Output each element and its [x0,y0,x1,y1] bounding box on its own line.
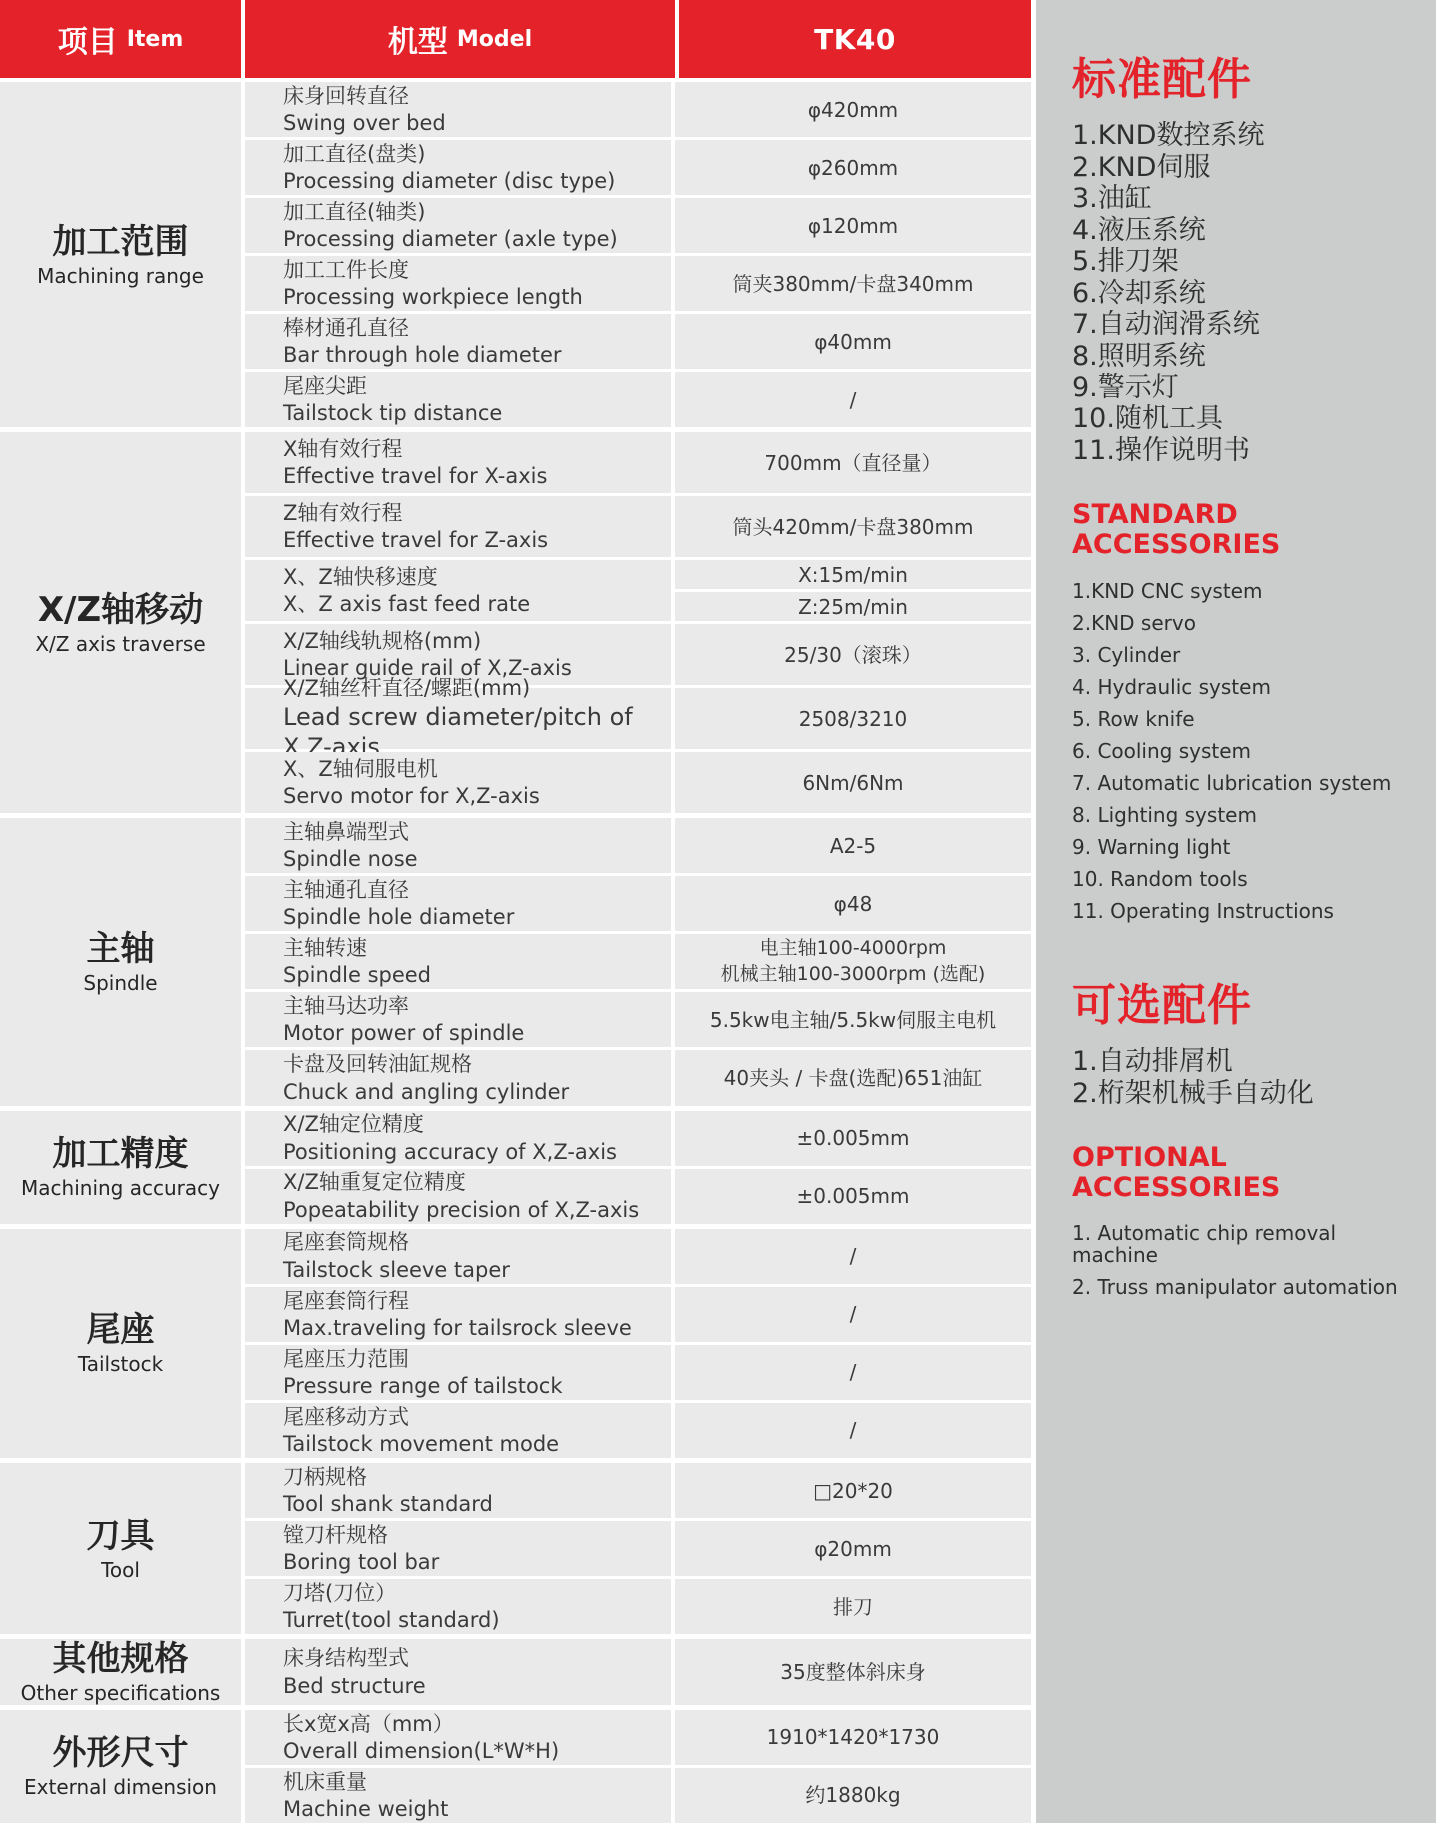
spec-value: □20*20 [675,1463,1031,1518]
category-en: Machining accuracy [21,1177,220,1199]
spec-value: φ260mm [675,140,1031,195]
spec-name-zh: 床身回转直径 [283,83,671,110]
spec-value: 2508/3210 [675,688,1031,749]
category-zh: 刀具 [87,1517,155,1556]
spec-name-zh: 刀塔(刀位） [283,1580,671,1607]
std-accessory-zh-item: 8.照明系统 [1072,341,1416,372]
table-row: 刀柄规格Tool shank standard □20*20 [245,1463,1031,1518]
header-model-zh: 机型 [388,17,448,61]
spec-value: 35度整体斜床身 [675,1639,1031,1705]
spec-value: / [675,1229,1031,1284]
spec-name-zh: 加工直径(轴类) [283,199,671,226]
table-row: X/Z轴重复定位精度Popeatability precision of X,Z… [245,1169,1031,1224]
spec-name-en: Spindle speed [283,962,671,988]
spec-value: 40夹头 / 卡盘(选配)651油缸 [675,1050,1031,1105]
table-row: 长x宽x高（mm）Overall dimension(L*W*H) 1910*1… [245,1710,1031,1765]
spec-value: ±0.005mm [675,1111,1031,1166]
std-accessory-zh-item: 3.油缸 [1072,183,1416,214]
std-accessory-en-item: 7. Automatic lubrication system [1072,772,1416,794]
spec-name-zh: X、Z轴快移速度 [283,564,671,591]
opt-accessory-en-item: 2. Truss manipulator automation [1072,1276,1416,1298]
std-accessory-en-item: 6. Cooling system [1072,740,1416,762]
table-row: 主轴通孔直径Spindle hole diameter φ48 [245,876,1031,931]
table-row: X轴有效行程Effective travel for X-axis 700mm（… [245,432,1031,493]
std-accessory-zh-item: 7.自动润滑系统 [1072,309,1416,340]
table-row: X/Z轴定位精度Positioning accuracy of X,Z-axis… [245,1111,1031,1166]
table-row: 尾座套筒规格Tailstock sleeve taper / [245,1229,1031,1284]
spec-value: / [675,1403,1031,1458]
spec-value-z: Z:25m/min [675,589,1031,621]
std-accessory-zh-item: 5.排刀架 [1072,246,1416,277]
spec-name-zh: 棒材通孔直径 [283,315,671,342]
section-machining-range: 加工范围 Machining range 床身回转直径Swing over be… [0,82,1031,427]
table-row: 床身回转直径Swing over bed φ420mm [245,82,1031,137]
table-row: 主轴转速Spindle speed 电主轴100-4000rpm 机械主轴100… [245,934,1031,989]
category-en: Spindle [83,972,157,994]
category-zh: 其他规格 [53,1640,189,1679]
std-accessory-en-item: 2.KND servo [1072,612,1416,634]
spec-name-en: Tailstock sleeve taper [283,1257,671,1283]
table-row: X/Z轴丝杆直径/螺距(mm)Lead screw diameter/pitch… [245,688,1031,749]
table-body: 加工范围 Machining range 床身回转直径Swing over be… [0,82,1031,1823]
spec-name-zh: X/Z轴线轨规格(mm) [283,628,671,655]
accessories-sidebar: 标准配件 1.KND数控系统 2.KND伺服 3.油缸 4.液压系统 5.排刀架… [1036,0,1436,1823]
category-en: Tool [101,1559,140,1581]
header-item-zh: 项目 [58,17,118,61]
header-item-cell: 项目 Item [0,0,241,78]
table-row: X、Z轴快移速度X、Z axis fast feed rate X:15m/mi… [245,560,1031,621]
spec-name-en: Boring tool bar [283,1549,671,1575]
table-row: 尾座压力范围Pressure range of tailstock / [245,1345,1031,1400]
opt-accessory-zh-item: 2.桁架机械手自动化 [1072,1078,1416,1109]
spec-value: φ40mm [675,314,1031,369]
spec-table: 项目 Item 机型 Model TK40 加工范围 Machining ran… [0,0,1031,1823]
std-accessory-zh-item: 2.KND伺服 [1072,152,1416,183]
category-cell: 外形尺寸 External dimension [0,1710,241,1823]
std-accessory-en-item: 4. Hydraulic system [1072,676,1416,698]
spec-value-line2: 机械主轴100-3000rpm (选配) [721,962,986,988]
spec-value: 25/30（滚珠） [675,624,1031,685]
spec-name-zh: 加工工件长度 [283,257,671,284]
spec-value-split: X:15m/min Z:25m/min [675,560,1031,621]
spec-name-zh: 机床重量 [283,1769,671,1796]
table-row: 镗刀杆规格Boring tool bar φ20mm [245,1521,1031,1576]
std-accessory-zh-item: 11.操作说明书 [1072,435,1416,466]
spec-name-en: X、Z axis fast feed rate [283,591,671,617]
spec-value: 筒头420mm/卡盘380mm [675,496,1031,557]
spec-name-en: Pressure range of tailstock [283,1373,671,1399]
spec-value: φ20mm [675,1521,1031,1576]
spec-name-zh: 长x宽x高（mm） [283,1711,671,1738]
category-cell: 加工范围 Machining range [0,82,241,427]
spec-name-zh: 主轴马达功率 [283,993,671,1020]
spec-name-en: Effective travel for Z-axis [283,527,671,553]
spec-name-en: Processing workpiece length [283,284,671,310]
category-en: External dimension [24,1776,217,1798]
spec-name-zh: 加工直径(盘类) [283,141,671,168]
spec-name-zh: 镗刀杆规格 [283,1522,671,1549]
spec-name-en: Servo motor for X,Z-axis [283,783,671,809]
spec-sheet-page: 项目 Item 机型 Model TK40 加工范围 Machining ran… [0,0,1436,1823]
section-tailstock: 尾座 Tailstock 尾座套筒规格Tailstock sleeve tape… [0,1229,1031,1458]
header-model-en: Model [457,27,532,52]
section-xz-traverse: X/Z轴移动 X/Z axis traverse X轴有效行程Effective… [0,432,1031,813]
spec-value: / [675,1287,1031,1342]
spec-value-two-line: 电主轴100-4000rpm 机械主轴100-3000rpm (选配) [675,934,1031,989]
spec-value: ±0.005mm [675,1169,1031,1224]
std-accessory-en-item: 8. Lighting system [1072,804,1416,826]
spec-name-zh: 主轴通孔直径 [283,877,671,904]
table-row: 床身结构型式Bed structure 35度整体斜床身 [245,1639,1031,1705]
spec-value: φ420mm [675,82,1031,137]
spec-name-en: Bed structure [283,1673,671,1699]
optional-accessories-title-en: OPTIONAL ACCESSORIES [1072,1143,1352,1202]
spec-name-zh: 主轴鼻端型式 [283,819,671,846]
spec-value-line1: 电主轴100-4000rpm [760,936,947,962]
category-zh: 加工精度 [53,1135,189,1174]
table-row: 机床重量Machine weight 约1880kg [245,1768,1031,1823]
spec-value: 筒夹380mm/卡盘340mm [675,256,1031,311]
table-row: 尾座套筒行程Max.traveling for tailsrock sleeve… [245,1287,1031,1342]
std-accessory-zh-item: 6.冷却系统 [1072,278,1416,309]
spec-name-en: Tailstock tip distance [283,400,671,426]
table-row: 加工工件长度Processing workpiece length 筒夹380m… [245,256,1031,311]
optional-accessories-list-en: 1. Automatic chip removal machine 2. Tru… [1072,1222,1416,1298]
spec-name-en: Motor power of spindle [283,1020,671,1046]
spec-name-en: Popeatability precision of X,Z-axis [283,1197,671,1223]
header-item-en: Item [127,27,184,52]
spec-name-zh: Z轴有效行程 [283,500,671,527]
spec-name-zh: 主轴转速 [283,935,671,962]
spec-value: φ48 [675,876,1031,931]
table-row: 主轴马达功率Motor power of spindle 5.5kw电主轴/5.… [245,992,1031,1047]
category-en: X/Z axis traverse [35,633,205,655]
std-accessory-en-item: 10. Random tools [1072,868,1416,890]
category-cell: 其他规格 Other specifications [0,1639,241,1705]
spec-value: φ120mm [675,198,1031,253]
category-cell: 刀具 Tool [0,1463,241,1634]
spec-value: / [675,372,1031,427]
category-cell: 主轴 Spindle [0,818,241,1105]
spec-value: 1910*1420*1730 [675,1710,1031,1765]
spec-value: / [675,1345,1031,1400]
spec-name-zh: X、Z轴伺服电机 [283,756,671,783]
section-machining-accuracy: 加工精度 Machining accuracy X/Z轴定位精度Position… [0,1111,1031,1224]
std-accessory-en-item: 1.KND CNC system [1072,580,1416,602]
std-accessory-en-item: 9. Warning light [1072,836,1416,858]
spec-value: 700mm（直径量） [675,432,1031,493]
spec-name-zh: 尾座套筒行程 [283,1288,671,1315]
spec-name-zh: X/Z轴定位精度 [283,1111,671,1138]
category-zh: 加工范围 [53,223,189,262]
spec-name-zh: 卡盘及回转油缸规格 [283,1051,671,1078]
model-name: TK40 [814,23,896,56]
category-en: Machining range [37,265,204,287]
spec-name-en: Processing diameter (axle type) [283,226,671,252]
spec-name-zh: X/Z轴重复定位精度 [283,1169,671,1196]
spec-name-en: Spindle nose [283,846,671,872]
spec-name-en: Machine weight [283,1796,671,1822]
spec-value: 6Nm/6Nm [675,752,1031,813]
category-zh: X/Z轴移动 [38,591,203,630]
std-accessory-en-item: 11. Operating Instructions [1072,900,1416,922]
table-row: 棒材通孔直径Bar through hole diameter φ40mm [245,314,1031,369]
spec-name-en: Positioning accuracy of X,Z-axis [283,1139,671,1165]
category-zh: 尾座 [87,1311,155,1350]
spec-name-en: Effective travel for X-axis [283,463,671,489]
standard-accessories-list-en: 1.KND CNC system 2.KND servo 3. Cylinder… [1072,580,1416,922]
table-row: 尾座尖距Tailstock tip distance / [245,372,1031,427]
category-en: Other specifications [21,1682,221,1704]
category-cell: X/Z轴移动 X/Z axis traverse [0,432,241,813]
std-accessory-en-item: 3. Cylinder [1072,644,1416,666]
header-model-value-cell: TK40 [679,0,1031,78]
section-tool: 刀具 Tool 刀柄规格Tool shank standard □20*20 镗… [0,1463,1031,1634]
std-accessory-zh-item: 4.液压系统 [1072,215,1416,246]
std-accessory-en-item: 5. Row knife [1072,708,1416,730]
spec-name-en: Overall dimension(L*W*H) [283,1738,671,1764]
section-external-dimension: 外形尺寸 External dimension 长x宽x高（mm）Overall… [0,1710,1031,1823]
standard-accessories-title-en: STANDARD ACCESSORIES [1072,500,1352,559]
spec-name-zh: 尾座移动方式 [283,1404,671,1431]
std-accessory-zh-item: 9.警示灯 [1072,372,1416,403]
table-row: 卡盘及回转油缸规格Chuck and angling cylinder 40夹头… [245,1050,1031,1105]
optional-accessories-list-zh: 1.自动排屑机 2.桁架机械手自动化 [1072,1046,1416,1109]
category-en: Tailstock [78,1353,163,1375]
spec-value-x: X:15m/min [675,560,1031,589]
std-accessory-zh-item: 1.KND数控系统 [1072,120,1416,151]
standard-accessories-title-zh: 标准配件 [1072,56,1416,104]
table-row: X、Z轴伺服电机Servo motor for X,Z-axis 6Nm/6Nm [245,752,1031,813]
section-spindle: 主轴 Spindle 主轴鼻端型式Spindle nose A2-5 主轴通孔直… [0,818,1031,1105]
spec-name-en: Bar through hole diameter [283,342,671,368]
header-model-cell: 机型 Model [245,0,675,78]
spec-value: A2-5 [675,818,1031,873]
spec-name-zh: 床身结构型式 [283,1645,671,1672]
spec-name-zh: X轴有效行程 [283,436,671,463]
spec-name-zh: 尾座套筒规格 [283,1229,671,1256]
category-zh: 外形尺寸 [53,1734,189,1773]
table-row: 加工直径(轴类)Processing diameter (axle type) … [245,198,1031,253]
table-row: 尾座移动方式Tailstock movement mode / [245,1403,1031,1458]
spec-value: 约1880kg [675,1768,1031,1823]
spec-name-en: Tailstock movement mode [283,1431,671,1457]
category-cell: 尾座 Tailstock [0,1229,241,1458]
opt-accessory-zh-item: 1.自动排屑机 [1072,1046,1416,1077]
table-row: 加工直径(盘类)Processing diameter (disc type) … [245,140,1031,195]
category-zh: 主轴 [87,930,155,969]
spec-name-zh: 尾座压力范围 [283,1346,671,1373]
spec-name-en: Swing over bed [283,110,671,136]
standard-accessories-list-zh: 1.KND数控系统 2.KND伺服 3.油缸 4.液压系统 5.排刀架 6.冷却… [1072,120,1416,466]
spec-name-en: Spindle hole diameter [283,904,671,930]
section-other-specifications: 其他规格 Other specifications 床身结构型式Bed stru… [0,1639,1031,1705]
spec-name-en: Chuck and angling cylinder [283,1079,671,1105]
spec-name-en: Processing diameter (disc type) [283,168,671,194]
spec-value: 5.5kw电主轴/5.5kw伺服主电机 [675,992,1031,1047]
table-header-row: 项目 Item 机型 Model TK40 [0,0,1031,78]
spec-name-zh: 刀柄规格 [283,1464,671,1491]
spec-name-en: Tool shank standard [283,1491,671,1517]
opt-accessory-en-item: 1. Automatic chip removal machine [1072,1222,1416,1266]
table-row: 主轴鼻端型式Spindle nose A2-5 [245,818,1031,873]
spec-name-zh: X/Z轴丝杆直径/螺距(mm) [283,675,671,702]
optional-accessories-title-zh: 可选配件 [1072,982,1416,1030]
spec-name-en: Max.traveling for tailsrock sleeve [283,1315,671,1341]
spec-name-en: Turret(tool standard) [283,1607,671,1633]
spec-name-zh: 尾座尖距 [283,373,671,400]
table-row: Z轴有效行程Effective travel for Z-axis 筒头420m… [245,496,1031,557]
table-row: 刀塔(刀位）Turret(tool standard) 排刀 [245,1579,1031,1634]
spec-value: 排刀 [675,1579,1031,1634]
std-accessory-zh-item: 10.随机工具 [1072,403,1416,434]
category-cell: 加工精度 Machining accuracy [0,1111,241,1224]
